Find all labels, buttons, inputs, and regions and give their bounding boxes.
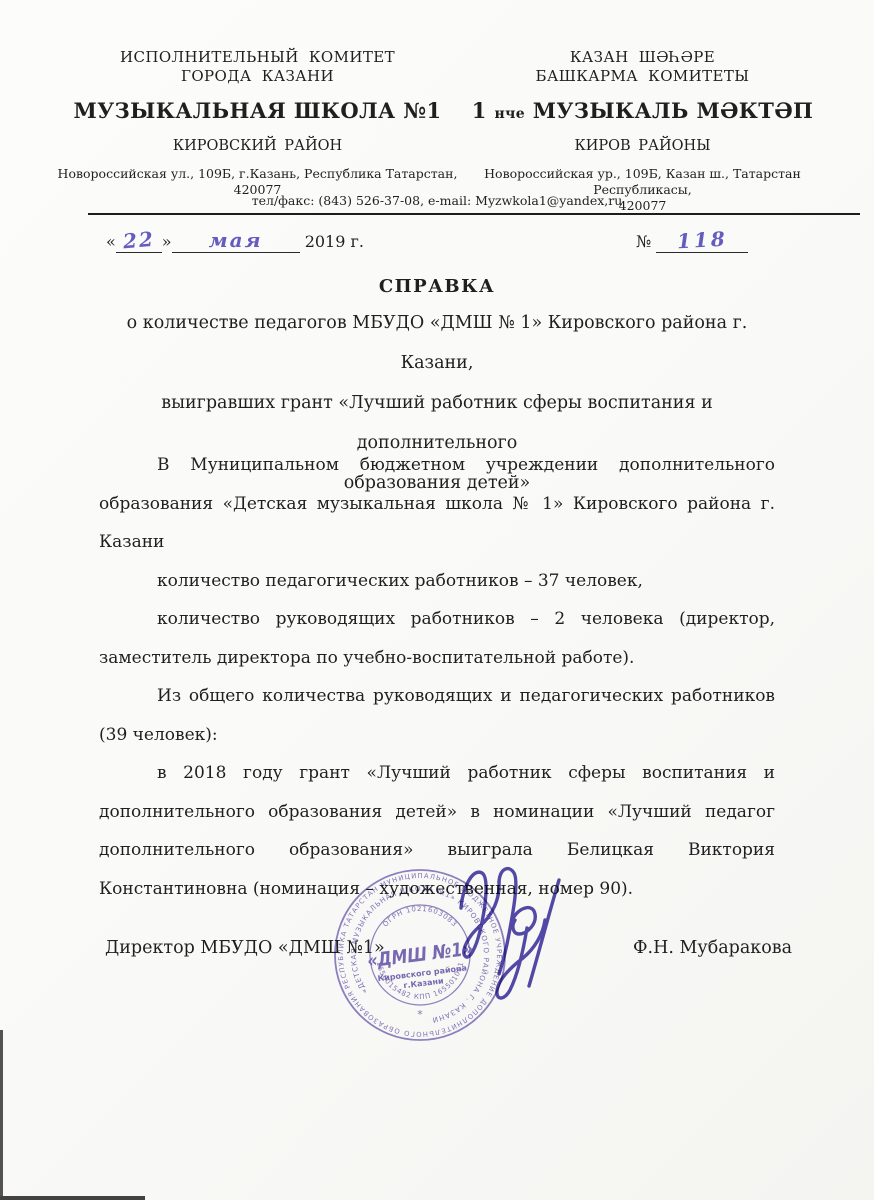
day-underline: 22 (116, 228, 162, 253)
header-right-committee-line2: БАШКАРМА КОМИТЕТЫ (445, 67, 840, 86)
contact-line: тел/факс: (843) 526-37-08, e-mail: Myzwk… (0, 193, 874, 208)
subtitle-line-1: о количестве педагогов МБУДО «ДМШ № 1» К… (90, 303, 784, 383)
document-body: В Муниципальном бюджетном учреждении доп… (99, 446, 775, 908)
number-sign: № (636, 232, 651, 251)
month-underline: мая (172, 228, 300, 253)
header-left-committee-line2: ГОРОДА КАЗАНИ (55, 67, 460, 86)
number-group: № 118 (636, 228, 748, 253)
stamp-asterisk: * (417, 1008, 423, 1021)
signature-stroke-4 (529, 880, 559, 986)
body-paragraph-2: количество педагогических работников – 3… (99, 562, 775, 601)
header-left-address-line1: Новороссийская ул., 109Б, г.Казань, Респ… (58, 166, 458, 181)
header-right-title-number: 1 (472, 98, 487, 123)
handwritten-month: мая (209, 228, 263, 252)
header-right-school-title: 1 нче МУЗЫКАЛЬ МӘКТӘП (445, 98, 840, 123)
signature-director-name: Ф.Н. Мубаракова (633, 938, 792, 958)
header-right-district: КИРОВ РАЙОНЫ (445, 138, 840, 154)
header-divider-rule (88, 213, 860, 215)
body-paragraph-1: В Муниципальном бюджетном учреждении доп… (99, 446, 775, 562)
open-quote: « (106, 232, 116, 251)
typed-year: 2019 г. (305, 232, 364, 251)
scan-edge-bottom-artifact (0, 1196, 145, 1200)
header-right-committee-line1: КАЗАН ШӘҺӘРЕ (445, 48, 840, 67)
header-left-district: КИРОВСКИЙ РАЙОН (55, 138, 460, 154)
svg-text:ОГРН 1021603083: ОГРН 1021603083 (381, 905, 458, 929)
date-number-line: «22»мая 2019 г. № 118 (0, 228, 874, 262)
signature-stroke-1 (461, 872, 499, 957)
header-right-column: КАЗАН ШӘҺӘРЕ БАШКАРМА КОМИТЕТЫ 1 нче МУЗ… (445, 48, 840, 214)
header-left-school-title: МУЗЫКАЛЬНАЯ ШКОЛА №1 (55, 98, 460, 123)
header-left-committee-line1: ИСПОЛНИТЕЛЬНЫЙ КОМИТЕТ (55, 48, 460, 67)
header-left-column: ИСПОЛНИТЕЛЬНЫЙ КОМИТЕТ ГОРОДА КАЗАНИ МУЗ… (55, 48, 460, 198)
handwritten-day: 22 (122, 227, 156, 254)
header-right-title-nche: нче (494, 106, 525, 122)
document-title: СПРАВКА (0, 276, 874, 297)
close-quote: » (162, 232, 172, 251)
number-underline: 118 (656, 228, 748, 253)
body-paragraph-3: количество руководящих работников – 2 че… (99, 600, 775, 677)
scanned-document-page: ИСПОЛНИТЕЛЬНЫЙ КОМИТЕТ ГОРОДА КАЗАНИ МУЗ… (0, 0, 874, 1200)
date-group: «22»мая 2019 г. (106, 228, 364, 253)
handwritten-number: 118 (676, 227, 728, 254)
stamp-ogrn-text: ОГРН 1021603083 (381, 905, 458, 929)
header-right-title-name: МУЗЫКАЛЬ МӘКТӘП (533, 98, 813, 123)
handwritten-signature (455, 858, 585, 1018)
body-paragraph-4: Из общего количества руководящих и педаг… (99, 677, 775, 754)
scan-edge-left-artifact (0, 1030, 3, 1200)
